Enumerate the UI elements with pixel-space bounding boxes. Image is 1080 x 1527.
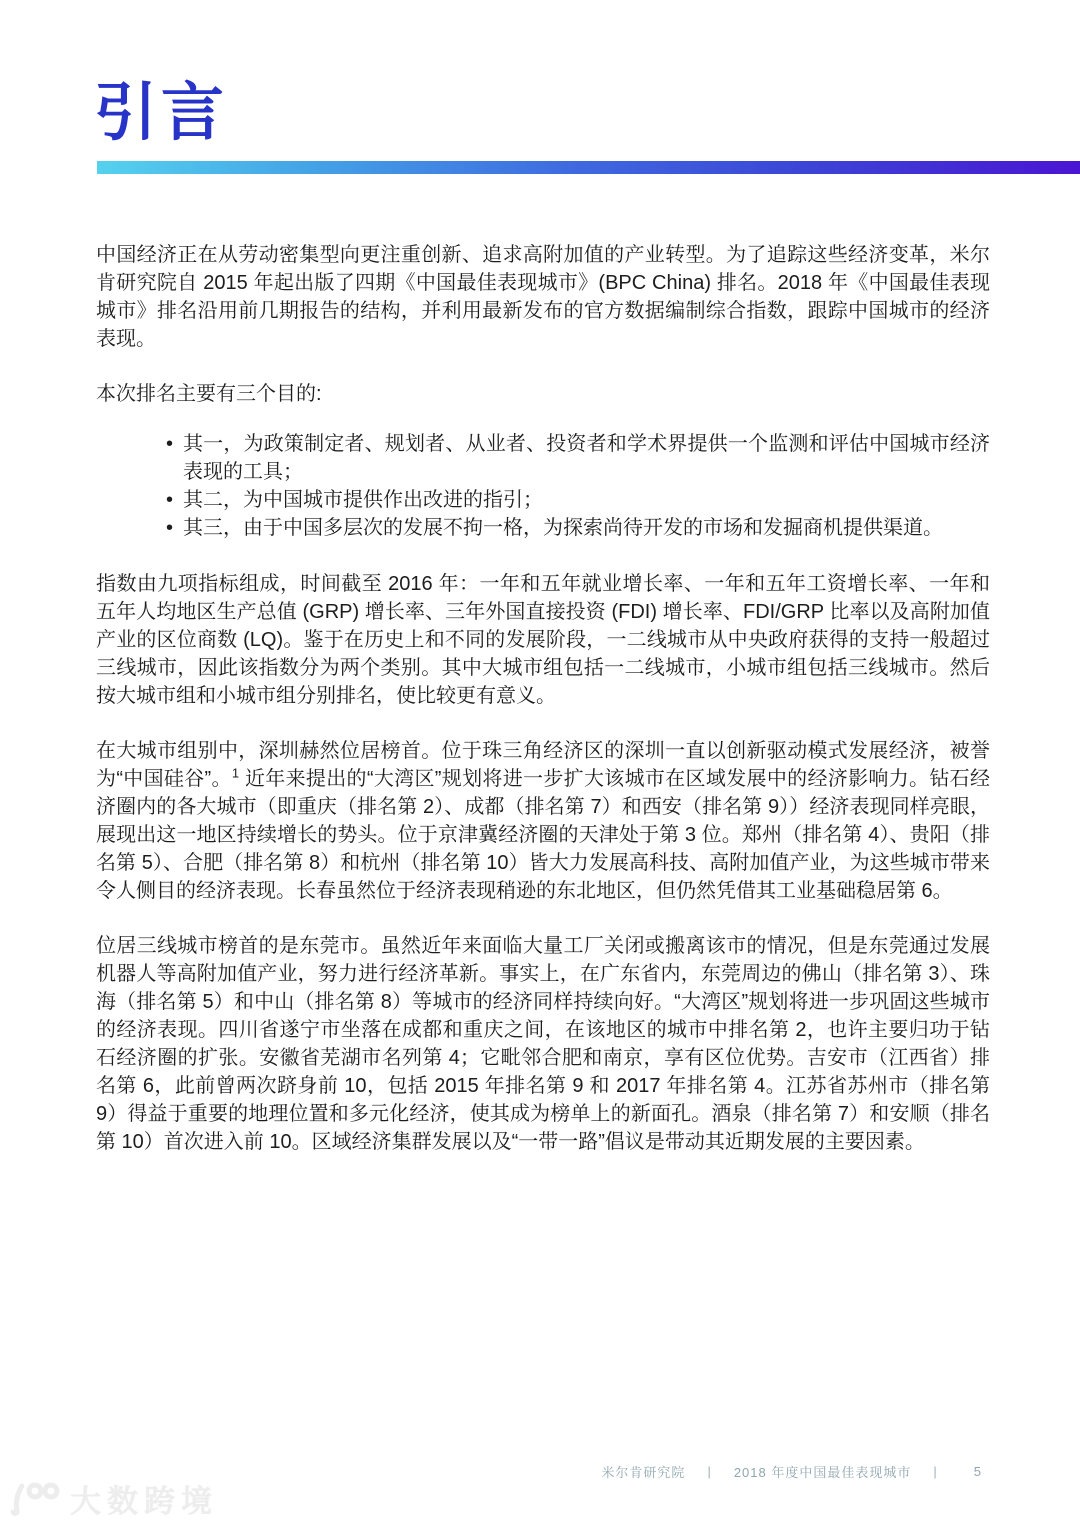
body-text: 中国经济正在从劳动密集型向更注重创新、追求高附加值的产业转型。为了追踪这些经济变…: [96, 241, 990, 1156]
list-item-text: 其二，为中国城市提供作出改进的指引；: [183, 489, 543, 511]
document-page: 引言 中国经济正在从劳动密集型向更注重创新、追求高附加值的产业转型。为了追踪这些…: [0, 0, 1080, 1527]
footer-page-number: 5: [974, 1464, 982, 1479]
title-gradient-rule: [97, 161, 1080, 174]
paragraph-large-cities: 在大城市组别中，深圳赫然位居榜首。位于珠三角经济区的深圳一直以创新驱动模式发展经…: [96, 737, 990, 905]
list-item-purpose-2: • 其二，为中国城市提供作出改进的指引；: [166, 486, 990, 514]
footnote-marker: 1: [232, 766, 239, 781]
footer-org: 米尔肯研究院: [601, 1462, 685, 1481]
paragraph-index-method: 指数由九项指标组成，时间截至 2016 年：一年和五年就业增长率、一年和五年工资…: [96, 570, 990, 710]
paragraph-purpose-lead: 本次排名主要有三个目的:: [96, 380, 990, 408]
bullet-icon: •: [166, 514, 173, 542]
footer-report-title: 2018 年度中国最佳表现城市: [734, 1462, 912, 1481]
watermark: 大数跨境: [8, 1476, 218, 1521]
page-header: 引言: [0, 0, 1080, 174]
page-title: 引言: [94, 76, 1080, 150]
bullet-icon: •: [166, 486, 173, 514]
list-item-text: 其一，为政策制定者、规划者、从业者、投资者和学术界提供一个监测和评估中国城市经济…: [183, 433, 990, 483]
purpose-list: • 其一，为政策制定者、规划者、从业者、投资者和学术界提供一个监测和评估中国城市…: [96, 430, 990, 542]
list-item-purpose-1: • 其一，为政策制定者、规划者、从业者、投资者和学术界提供一个监测和评估中国城市…: [166, 430, 990, 486]
paragraph-small-cities: 位居三线城市榜首的是东莞市。虽然近年来面临大量工厂关闭或搬离该市的情况，但是东莞…: [96, 932, 990, 1156]
page-footer: 米尔肯研究院 | 2018 年度中国最佳表现城市 | 5: [601, 1462, 982, 1481]
watermark-text: 大数跨境: [70, 1476, 218, 1521]
list-item-text: 其三，由于中国多层次的发展不拘一格，为探索尚待开发的市场和发掘商机提供渠道。: [183, 517, 943, 539]
footer-separator: |: [933, 1464, 937, 1479]
footer-separator: |: [707, 1464, 711, 1479]
dashukuajing-logo-icon: [8, 1478, 60, 1520]
list-item-purpose-3: • 其三，由于中国多层次的发展不拘一格，为探索尚待开发的市场和发掘商机提供渠道。: [166, 514, 990, 542]
bullet-icon: •: [166, 430, 173, 458]
paragraph-intro: 中国经济正在从劳动密集型向更注重创新、追求高附加值的产业转型。为了追踪这些经济变…: [96, 241, 990, 353]
